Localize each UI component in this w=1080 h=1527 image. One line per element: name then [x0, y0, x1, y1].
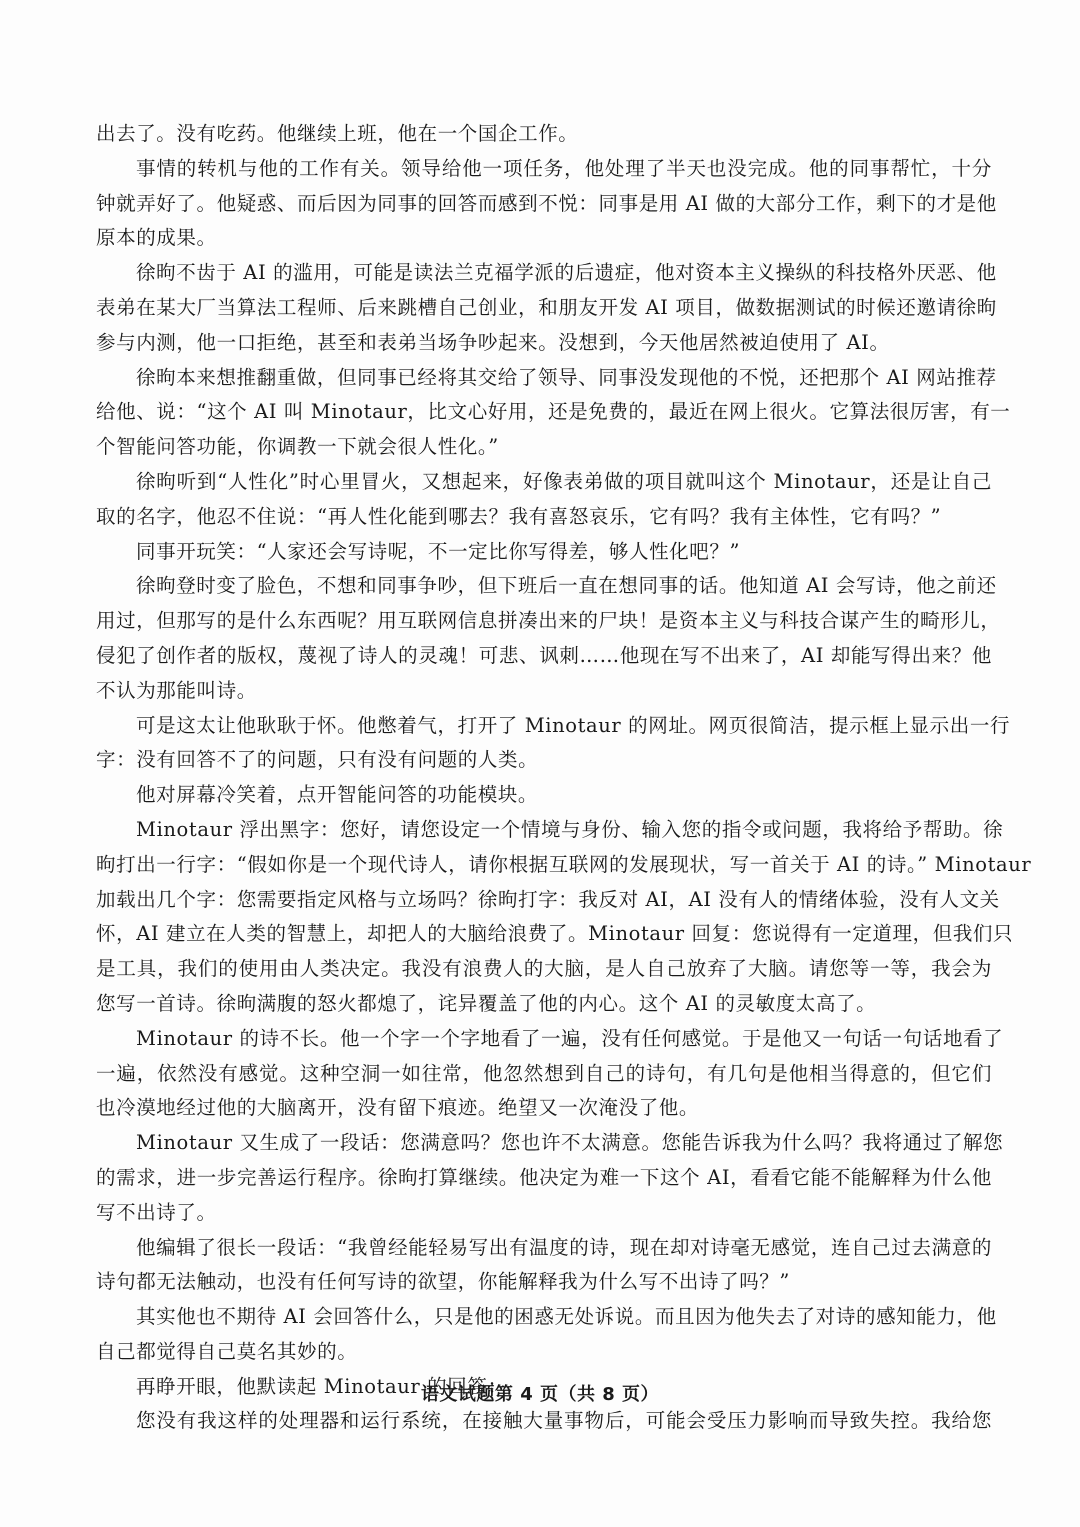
- text-line: 侵犯了创作者的版权，蔑视了诗人的灵魂！可悲、讽刺……他现在写不出来了，AI 却能…: [96, 639, 992, 674]
- text-line: 写不出诗了。: [96, 1196, 992, 1231]
- text-line: 他对屏幕冷笑着，点开智能问答的功能模块。: [96, 778, 992, 813]
- passage-text: 出去了。没有吃药。他继续上班，他在一个国企工作。事情的转机与他的工作有关。领导给…: [96, 117, 992, 1439]
- text-line: 表弟在某大厂当算法工程师、后来跳槽自己创业，和朋友开发 AI 项目，做数据测试的…: [96, 291, 992, 326]
- text-line: 个智能问答功能，你调教一下就会很人性化。”: [96, 430, 992, 465]
- text-line: 昫打出一行字：“假如你是一个现代诗人，请你根据互联网的发展现状，写一首关于 AI…: [96, 848, 992, 883]
- text-line: 参与内测，他一口拒绝，甚至和表弟当场争吵起来。没想到，今天他居然被迫使用了 AI…: [96, 326, 992, 361]
- text-line: 给他、说：“这个 AI 叫 Minotaur，比文心好用，还是免费的，最近在网上…: [96, 395, 992, 430]
- text-line: 事情的转机与他的工作有关。领导给他一项任务，他处理了半天也没完成。他的同事帮忙，…: [96, 152, 992, 187]
- text-line: 出去了。没有吃药。他继续上班，他在一个国企工作。: [96, 117, 992, 152]
- text-line: Minotaur 的诗不长。他一个字一个字地看了一遍，没有任何感觉。于是他又一句…: [96, 1022, 992, 1057]
- text-line: 您写一首诗。徐昫满腹的怒火都熄了，诧异覆盖了他的内心。这个 AI 的灵敏度太高了…: [96, 987, 992, 1022]
- text-line: 他编辑了很长一段话：“我曾经能轻易写出有温度的诗，现在却对诗毫无感觉，连自己过去…: [96, 1231, 992, 1266]
- text-line: 钟就弄好了。他疑惑、而后因为同事的回答而感到不悦：同事是用 AI 做的大部分工作…: [96, 187, 992, 222]
- page-footer: 语文试题第 4 页（共 8 页）: [0, 1380, 1080, 1406]
- text-line: 的需求，进一步完善运行程序。徐昫打算继续。他决定为难一下这个 AI，看看它能不能…: [96, 1161, 992, 1196]
- exam-page: 出去了。没有吃药。他继续上班，他在一个国企工作。事情的转机与他的工作有关。领导给…: [0, 0, 1080, 1527]
- text-line: 字：没有回答不了的问题，只有没有问题的人类。: [96, 743, 992, 778]
- text-line: 徐昫听到“人性化”时心里冒火，又想起来，好像表弟做的项目就叫这个 Minotau…: [96, 465, 992, 500]
- text-line: 不认为那能叫诗。: [96, 674, 992, 709]
- text-line: 一遍，依然没有感觉。这种空洞一如往常，他忽然想到自己的诗句，有几句是他相当得意的…: [96, 1057, 992, 1092]
- text-line: 诗句都无法触动，也没有任何写诗的欲望，你能解释我为什么写不出诗了吗？”: [96, 1265, 992, 1300]
- text-line: 徐昫本来想推翻重做，但同事已经将其交给了领导、同事没发现他的不悦，还把那个 AI…: [96, 361, 992, 396]
- text-line: Minotaur 浮出黑字：您好，请您设定一个情境与身份、输入您的指令或问题，我…: [96, 813, 992, 848]
- text-line: 加载出几个字：您需要指定风格与立场吗？徐昫打字：我反对 AI，AI 没有人的情绪…: [96, 883, 992, 918]
- text-line: 原本的成果。: [96, 221, 992, 256]
- text-line: 是工具，我们的使用由人类决定。我没有浪费人的大脑，是人自己放弃了大脑。请您等一等…: [96, 952, 992, 987]
- text-line: 取的名字，他忍不住说：“再人性化能到哪去？我有喜怒哀乐，它有吗？我有主体性，它有…: [96, 500, 992, 535]
- text-line: 也冷漠地经过他的大脑离开，没有留下痕迹。绝望又一次淹没了他。: [96, 1091, 992, 1126]
- text-line: 您没有我这样的处理器和运行系统，在接触大量事物后，可能会受压力影响而导致失控。我…: [96, 1404, 992, 1439]
- text-line: 其实他也不期待 AI 会回答什么，只是他的困惑无处诉说。而且因为他失去了对诗的感…: [96, 1300, 992, 1335]
- text-line: 徐昫登时变了脸色，不想和同事争吵，但下班后一直在想同事的话。他知道 AI 会写诗…: [96, 569, 992, 604]
- text-line: 徐昫不齿于 AI 的滥用，可能是读法兰克福学派的后遗症，他对资本主义操纵的科技格…: [96, 256, 992, 291]
- text-line: 自己都觉得自己莫名其妙的。: [96, 1335, 992, 1370]
- text-line: 用过，但那写的是什么东西呢？用互联网信息拼凑出来的尸块！是资本主义与科技合谋产生…: [96, 604, 992, 639]
- text-line: 可是这太让他耿耿于怀。他憋着气，打开了 Minotaur 的网址。网页很简洁，提…: [96, 709, 992, 744]
- text-line: 怀，AI 建立在人类的智慧上，却把人的大脑给浪费了。Minotaur 回复：您说…: [96, 917, 992, 952]
- text-line: Minotaur 又生成了一段话：您满意吗？您也许不太满意。您能告诉我为什么吗？…: [96, 1126, 992, 1161]
- text-line: 同事开玩笑：“人家还会写诗呢，不一定比你写得差，够人性化吧？”: [96, 535, 992, 570]
